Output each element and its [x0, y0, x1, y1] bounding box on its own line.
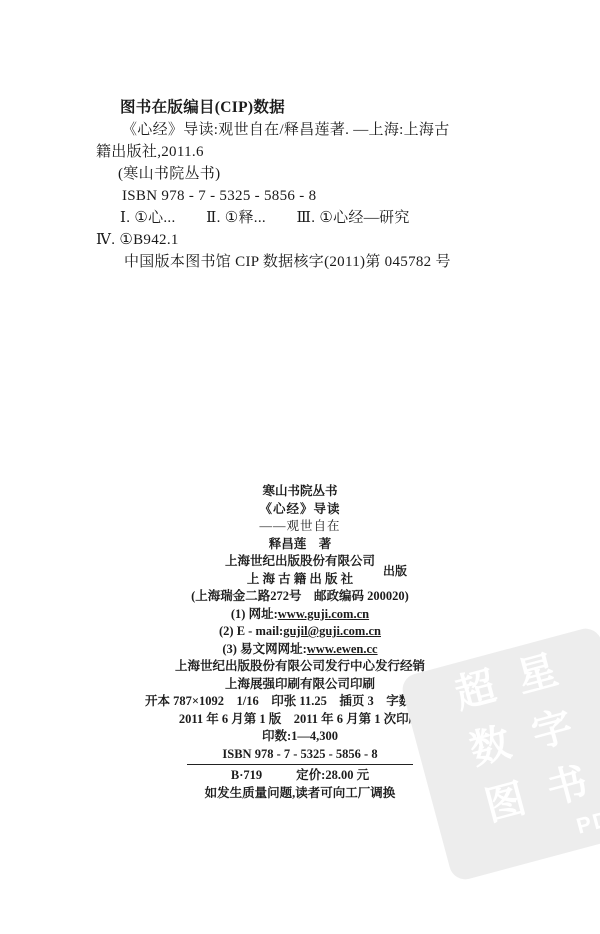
book-number: B·719 — [231, 768, 262, 782]
cip-block: 图书在版编目(CIP)数据 《心经》导读:观世自在/释昌莲著. —上海:上海古 … — [96, 97, 526, 273]
publisher-name: 上 海 古 籍 出 版 社 — [225, 571, 375, 589]
cip-heading: 图书在版编目(CIP)数据 — [96, 97, 526, 119]
seal-character: 星 — [513, 650, 562, 699]
contact-website-label: (1) 网址: — [231, 607, 278, 621]
publisher-address: (上海瑞金二路272号 邮政编码 200020) — [0, 588, 600, 606]
publisher-role-label: 出版 — [383, 562, 407, 579]
author-line: 释昌莲 著 — [0, 536, 600, 554]
contact-email-line: (2) E - mail:gujil@guji.com.cn — [0, 623, 600, 641]
cip-entry-line2: 籍出版社,2011.6 — [96, 141, 526, 163]
seal-character: 字 — [528, 706, 577, 755]
contact-ewen-label: (3) 易文网网址: — [222, 642, 306, 656]
book-title: 《心经》导读 — [0, 501, 600, 519]
price-value: 定价:28.00 元 — [296, 768, 369, 782]
cip-series-note: (寒山书院丛书) — [96, 163, 526, 185]
publisher-group: 上海世纪出版股份有限公司 — [225, 553, 375, 571]
contact-email-label: (2) E - mail: — [219, 624, 283, 638]
seal-character: 数 — [466, 722, 515, 771]
seal-character: 书 — [543, 762, 592, 811]
book-copyright-page: 图书在版编目(CIP)数据 《心经》导读:观世自在/释昌莲著. —上海:上海古 … — [0, 0, 600, 934]
contact-email-value: gujil@guji.com.cn — [283, 624, 381, 638]
seal-character: 图 — [481, 778, 530, 827]
contact-website-url: www.guji.com.cn — [278, 607, 369, 621]
seal-character: 超 — [451, 666, 500, 715]
series-title: 寒山书院丛书 — [0, 483, 600, 501]
contact-ewen-url: www.ewen.cc — [307, 642, 378, 656]
book-subtitle: ——观世自在 — [0, 518, 600, 536]
contact-website-line: (1) 网址:www.guji.com.cn — [0, 606, 600, 624]
cip-classification-line1: Ⅰ. ①心... Ⅱ. ①释... Ⅲ. ①心经—研究 — [96, 207, 526, 229]
cip-entry-line1: 《心经》导读:观世自在/释昌莲著. —上海:上海古 — [96, 119, 526, 141]
publisher-block: 上海世纪出版股份有限公司 上 海 古 籍 出 版 社 出版 — [225, 553, 375, 588]
cip-record-number: 中国版本图书馆 CIP 数据核字(2011)第 045782 号 — [96, 251, 526, 273]
isbn-divider — [187, 764, 413, 765]
cip-isbn: ISBN 978 - 7 - 5325 - 5856 - 8 — [96, 185, 526, 207]
watermark-seal: 超 星 数 字 图 书 — [437, 638, 600, 839]
cip-classification-line2: Ⅳ. ①B942.1 — [96, 229, 526, 251]
